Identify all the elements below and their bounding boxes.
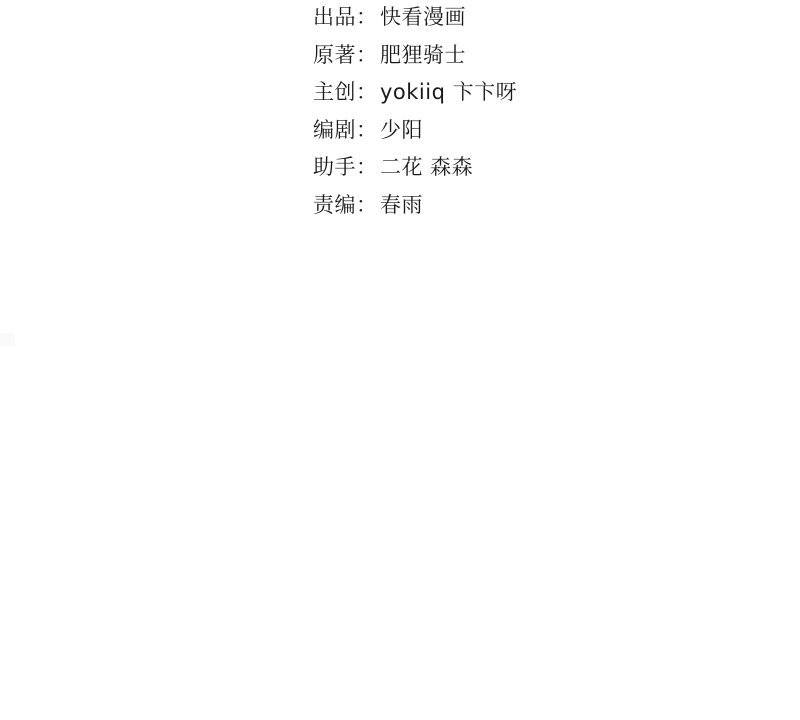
credit-role: 原著 — [313, 40, 356, 70]
credit-names: 快看漫画 — [380, 2, 466, 32]
credit-role: 责编 — [313, 190, 356, 220]
credit-role: 出品 — [313, 2, 356, 32]
credit-names: 春雨 — [380, 190, 423, 220]
credit-separator: ： — [356, 152, 380, 182]
credit-role: 助手 — [313, 152, 356, 182]
credit-row-lead-creator: 主创：yokiiq 卞卞呀 — [313, 77, 517, 115]
credit-row-publisher: 出品：快看漫画 — [313, 2, 517, 40]
credit-row-assistants: 助手：二花 森森 — [313, 152, 517, 190]
credit-separator: ： — [356, 115, 380, 145]
credit-row-screenwriter: 编剧：少阳 — [313, 115, 517, 153]
credit-separator: ： — [356, 2, 380, 32]
credit-role: 主创 — [313, 77, 356, 107]
credit-separator: ： — [356, 40, 380, 70]
credit-names: 肥狸骑士 — [380, 40, 466, 70]
credit-row-editor: 责编：春雨 — [313, 190, 517, 228]
credit-names: yokiiq 卞卞呀 — [380, 77, 517, 107]
credit-separator: ： — [356, 77, 380, 107]
credit-role: 编剧 — [313, 115, 356, 145]
credit-separator: ： — [356, 190, 380, 220]
credit-row-original-author: 原著：肥狸骑士 — [313, 40, 517, 78]
faint-background-mark — [0, 333, 15, 346]
credit-names: 少阳 — [380, 115, 423, 145]
credits-list: 出品：快看漫画 原著：肥狸骑士 主创：yokiiq 卞卞呀 编剧：少阳 助手：二… — [313, 2, 517, 227]
credit-names: 二花 森森 — [380, 152, 473, 182]
